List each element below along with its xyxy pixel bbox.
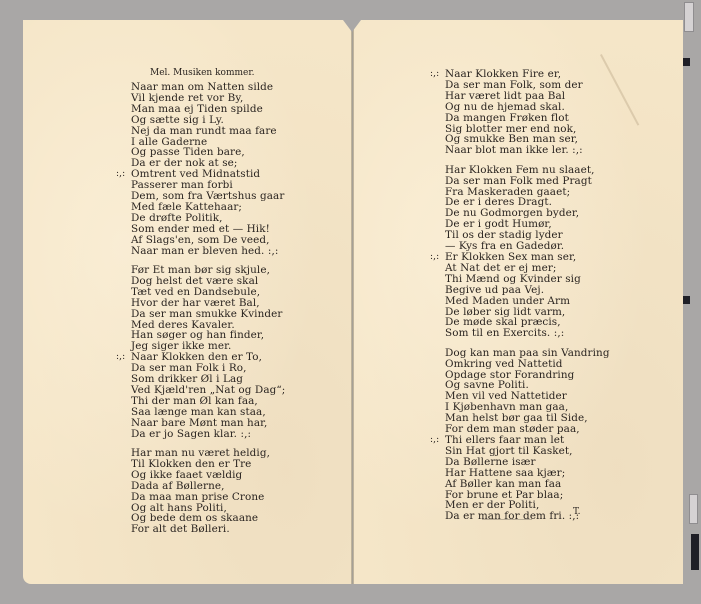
edge-marker-top [684,2,694,32]
verse-line: Naar man er bleven hed. :,: [131,246,285,257]
repeat-mark: :,: [430,435,439,446]
verse-line: Som til en Exercits. :,: [445,328,610,339]
repeat-mark: :,: [430,252,439,263]
right-verse-column: :,:Naar Klokken Fire er,Da ser man Folk,… [445,69,610,531]
verse-line-text: Da er man for dem fri. :,: [445,510,579,522]
stanza: Før Et man bør sig skjule,Dog helst det … [131,265,285,440]
edge-marker [683,58,690,66]
verse-line-text: Naar blot man ikke ler. :,: [445,144,583,156]
author-signature: T. [573,507,581,517]
verse-line-text: Naar man er bleven hed. :,: [131,245,278,257]
stanza: Dog kan man paa sin VandringOmkring ved … [445,348,610,523]
fold-notch [343,20,361,32]
verse-line: For alt det Bølleri. [131,524,285,535]
verse-line: Naar blot man ikke ler. :,: [445,145,610,156]
stanza: Har Klokken Fem nu slaaet,Da ser man Fol… [445,165,610,340]
verse-line: Da er man for dem fri. :,: [445,511,610,522]
verse-line-text: For alt det Bølleri. [131,523,230,535]
edge-marker [683,296,690,304]
verse-line-text: Som til en Exercits. :,: [445,327,564,339]
left-verse-column: Naar man om Natten sildeVil kjende ret v… [131,82,285,544]
stanza: :,:Naar Klokken Fire er,Da ser man Folk,… [445,69,610,156]
stanza: Naar man om Natten sildeVil kjende ret v… [131,82,285,257]
repeat-mark: :,: [116,169,125,180]
page-fold [351,20,354,584]
repeat-mark: :,: [116,352,125,363]
end-rule [482,519,532,520]
verse-line: Da er jo Sagen klar. :,: [131,429,285,440]
melody-note: Mel. Musiken kommer. [150,68,255,78]
verse-line-text: Da er jo Sagen klar. :,: [131,428,251,440]
repeat-mark: :,: [430,69,439,80]
stanza: Har man nu været heldig,Til Klokken den … [131,448,285,535]
edge-marker-light [689,494,698,524]
edge-marker-dark [691,534,699,570]
